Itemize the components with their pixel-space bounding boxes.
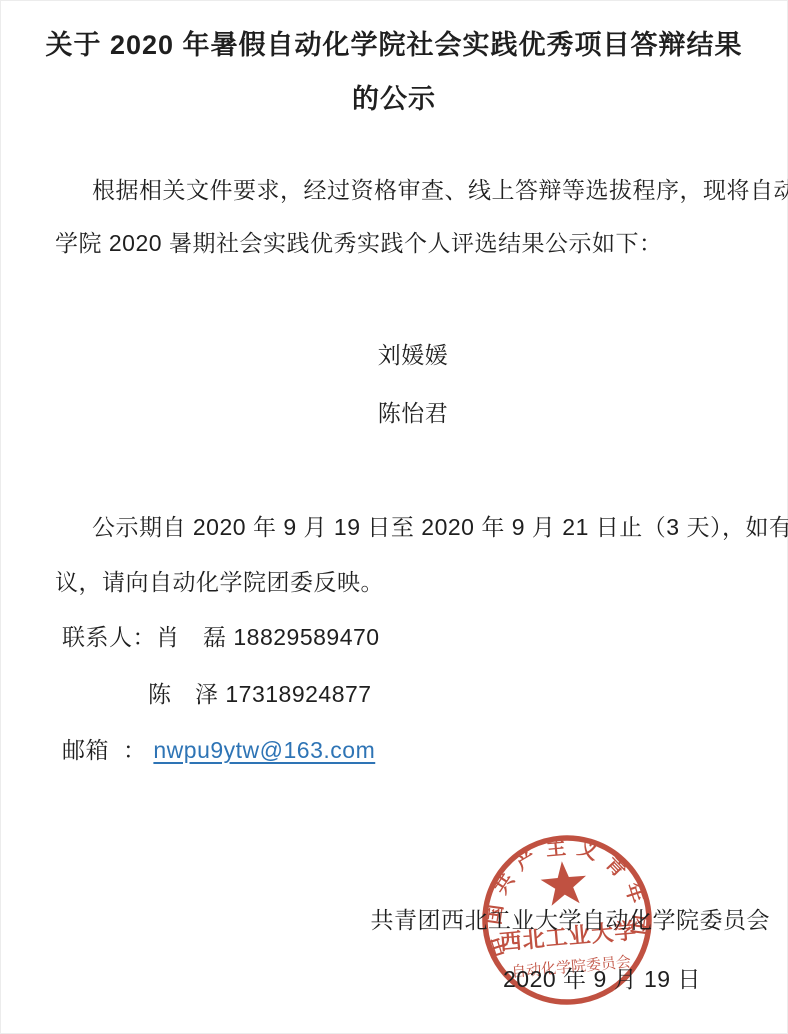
email-label: 邮箱 — [62, 737, 109, 763]
winner-name: 陈怡君 — [38, 396, 788, 430]
contact-phone: 17318924877 — [225, 681, 371, 707]
intro-paragraph-line2: 学院 2020 暑期社会实践优秀实践个人评选结果公示如下： — [55, 226, 662, 260]
contact-row-2: 陈 泽 17318924877 — [148, 677, 372, 711]
email-row: 邮箱： nwpu9ytw@163.com — [62, 733, 375, 767]
email-colon: ： — [123, 737, 147, 763]
contact-label: 联系人： — [62, 624, 156, 650]
notice-paragraph-line1: 公示期自 2020 年 9 月 19 日至 2020 年 9 月 21 日止（3… — [92, 510, 788, 544]
email-link[interactable]: nwpu9ytw@163.com — [153, 737, 375, 763]
contact-name: 陈 泽 — [148, 681, 219, 707]
contact-name: 肖 磊 — [156, 624, 227, 650]
intro-paragraph-line1: 根据相关文件要求，经过资格审查、线上答辩等选拔程序，现将自动化 — [92, 173, 788, 207]
signature-line: 共青团西北工业大学自动化学院委员会 — [0, 903, 770, 937]
date-line: 2020 年 9 月 19 日 — [503, 962, 701, 996]
page-title-line1: 关于 2020 年暑假自动化学院社会实践优秀项目答辩结果 — [0, 28, 788, 62]
contact-row-1: 联系人：肖 磊 18829589470 — [62, 620, 380, 654]
contact-phone: 18829589470 — [233, 624, 379, 650]
notice-paragraph-line2: 议，请向自动化学院团委反映。 — [55, 565, 384, 599]
seal-star-icon — [539, 859, 588, 906]
document-page: 关于 2020 年暑假自动化学院社会实践优秀项目答辩结果 的公示 根据相关文件要… — [0, 0, 788, 1034]
page-title-line2: 的公示 — [0, 82, 788, 116]
winner-name: 刘媛媛 — [38, 338, 788, 372]
